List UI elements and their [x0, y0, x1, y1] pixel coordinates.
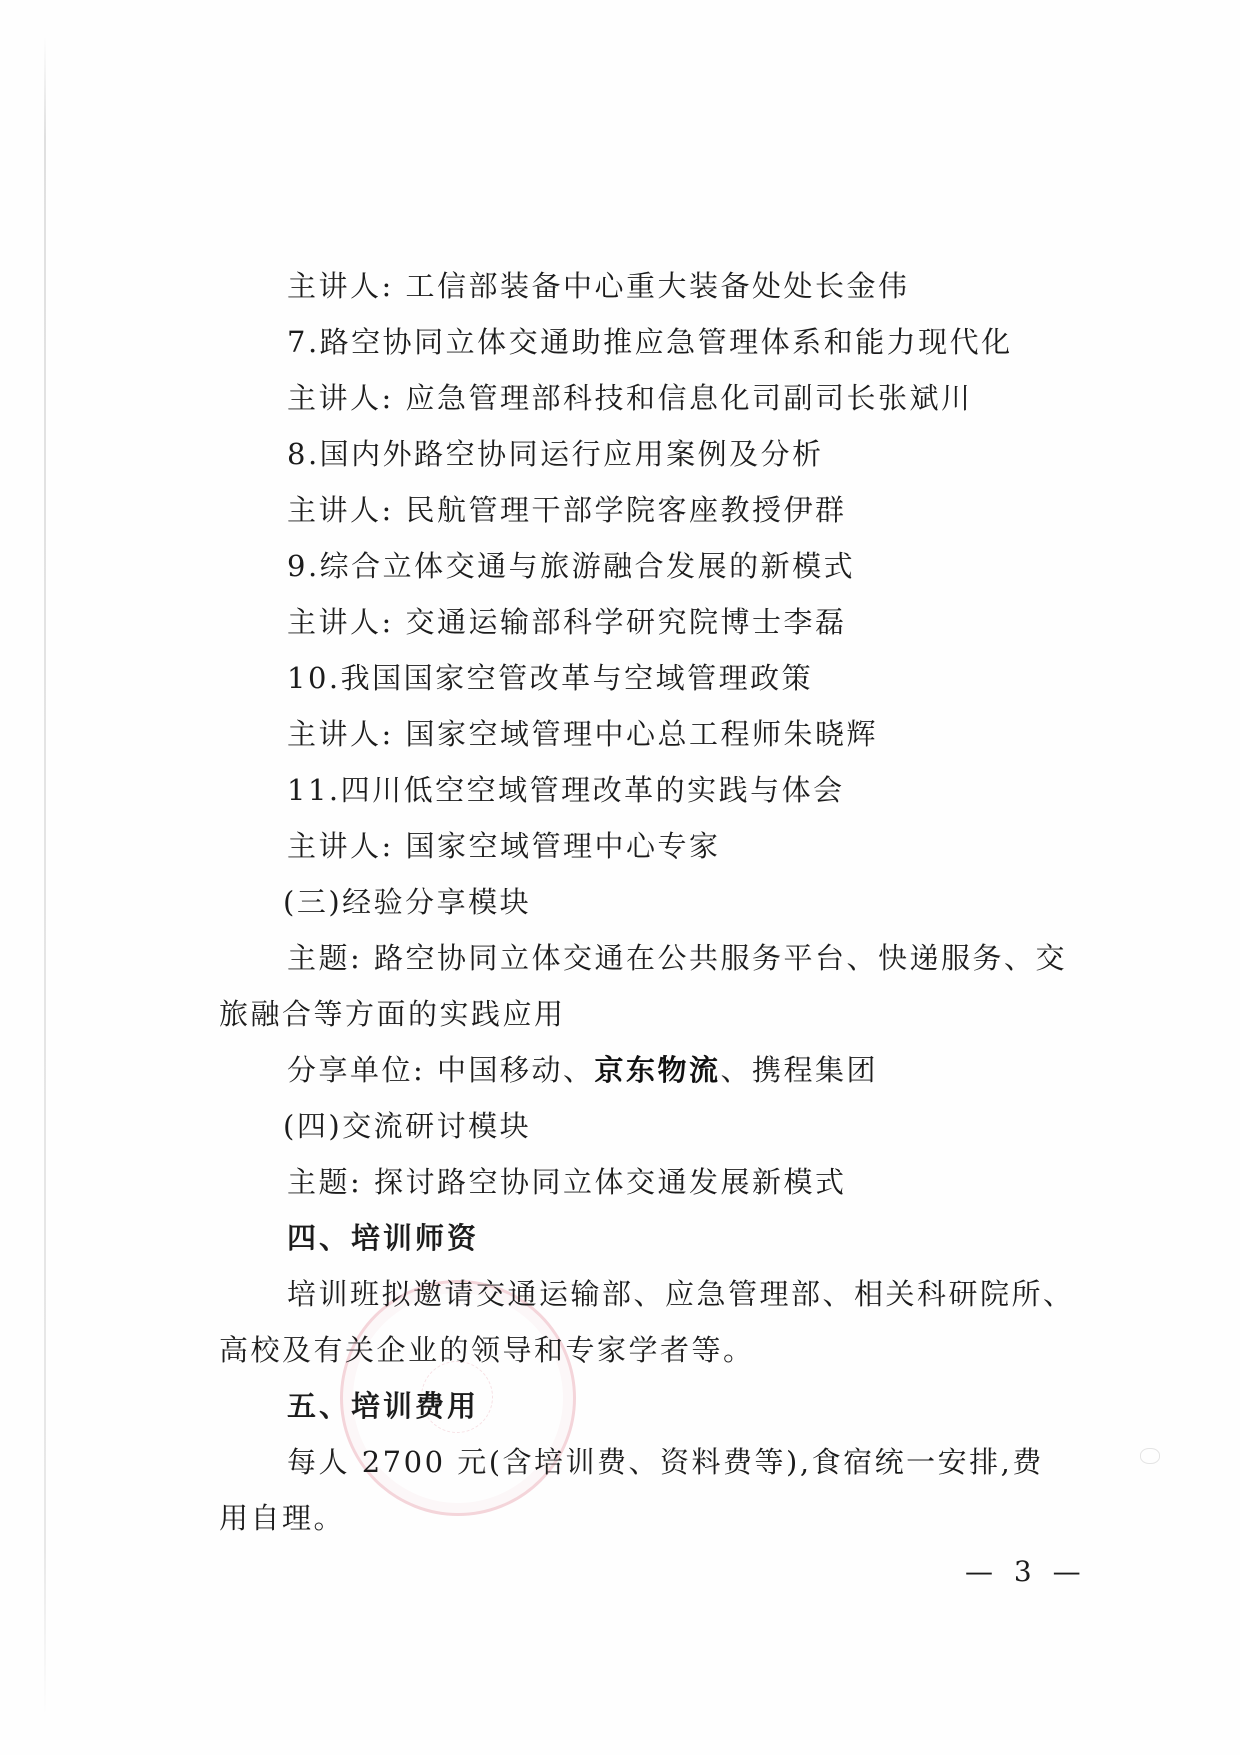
topic-7: 7.路空协同立体交通助推应急管理体系和能力现代化	[287, 322, 1013, 362]
section-5-body-line-2: 用自理。	[219, 1498, 345, 1538]
module-3-heading: (三)经验分享模块	[283, 882, 531, 922]
topic-10: 10.我国国家空管改革与空域管理政策	[287, 658, 813, 698]
share-unit-jd-logistics: 京东物流	[595, 1053, 721, 1087]
module-3-theme-line-1: 主题: 路空协同立体交通在公共服务平台、快递服务、交	[287, 938, 1067, 978]
speaker-line-11: 主讲人: 国家空域管理中心专家	[287, 826, 721, 866]
module-3-share-units: 分享单位: 中国移动、京东物流、携程集团	[287, 1050, 878, 1090]
speaker-line-7: 主讲人: 应急管理部科技和信息化司副司长张斌川	[287, 378, 973, 418]
share-units-prefix: 分享单位: 中国移动、	[287, 1053, 595, 1087]
topic-9: 9.综合立体交通与旅游融合发展的新模式	[287, 546, 855, 586]
page-number: — 3 —	[965, 1552, 1087, 1592]
section-4-heading: 四、培训师资	[287, 1218, 479, 1258]
speaker-line-10: 主讲人: 国家空域管理中心总工程师朱晓辉	[287, 714, 878, 754]
section-5-heading: 五、培训费用	[287, 1386, 479, 1426]
module-4-theme: 主题: 探讨路空协同立体交通发展新模式	[287, 1162, 847, 1202]
speaker-line-9: 主讲人: 交通运输部科学研究院博士李磊	[287, 602, 847, 642]
module-3-theme-line-2: 旅融合等方面的实践应用	[219, 994, 566, 1034]
speaker-line-6: 主讲人: 工信部装备中心重大装备处处长金伟	[287, 266, 910, 306]
module-4-heading: (四)交流研讨模块	[283, 1106, 531, 1146]
topic-8: 8.国内外路空协同运行应用案例及分析	[287, 434, 824, 474]
document-page: 主讲人: 工信部装备中心重大装备处处长金伟 7.路空协同立体交通助推应急管理体系…	[0, 0, 1240, 1755]
share-units-suffix: 、携程集团	[721, 1053, 879, 1087]
section-4-body-line-2: 高校及有关企业的领导和专家学者等。	[219, 1330, 755, 1370]
topic-11: 11.四川低空空域管理改革的实践与体会	[287, 770, 845, 810]
faint-scan-mark	[1140, 1448, 1160, 1464]
section-5-body-line-1: 每人 2700 元(含培训费、资料费等),食宿统一安排,费	[287, 1442, 1044, 1482]
section-4-body-line-1: 培训班拟邀请交通运输部、应急管理部、相关科研院所、	[287, 1274, 1075, 1314]
speaker-line-8: 主讲人: 民航管理干部学院客座教授伊群	[287, 490, 847, 530]
scan-edge-line	[44, 36, 46, 1716]
